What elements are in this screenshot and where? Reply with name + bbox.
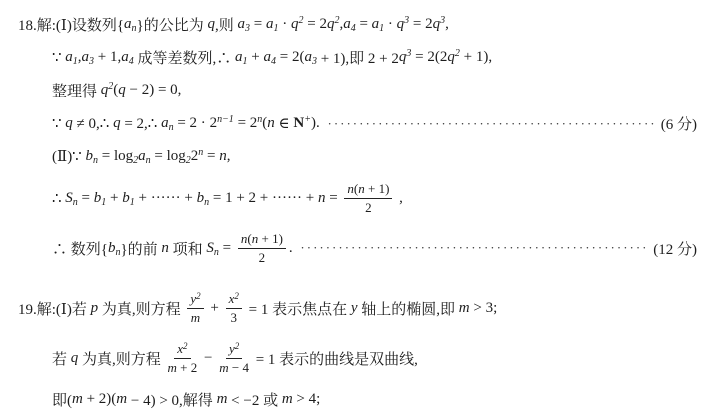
variable-glyph: a [65,49,73,65]
solution-line: (Ⅱ)∵ bn = log2an = log22n = n, [52,140,697,173]
math-variable: m [217,391,228,408]
superscript: 2 [234,291,239,301]
text-glyph: }的前 [120,242,161,258]
text-run: + 1),即 2 + 2 [317,47,399,68]
math-variable: n [267,115,275,132]
variable-glyph: n [161,240,169,256]
text-glyph: log [167,148,186,164]
text-run: + 2)( [83,391,116,408]
text-glyph: 18.解:(Ⅰ)设数列{ [18,18,124,34]
text-run: = [151,148,167,165]
problem-19-solution: 19.解:(Ⅰ)若 p 为真,则方程 y2m + x23 = 1 表示焦点在 y… [18,283,697,416]
subscript: n [115,247,120,258]
text-run: = [234,115,250,132]
subscript: 4 [271,56,276,67]
text-glyph: 整理得 [52,84,101,100]
text-glyph: = 1 表示的曲线是双曲线, [252,352,418,368]
fraction-denominator: 2 [259,249,266,266]
variable-glyph: q [447,49,455,65]
fraction: n(n + 1)2 [238,231,286,265]
text-glyph: N [293,115,304,131]
text-glyph: , [445,16,449,32]
superscript: 2 [334,15,339,26]
text-glyph: = 2( [276,49,304,65]
text-glyph: + [106,190,122,206]
text-run: < −2 或 [227,389,281,410]
text-run: = 2 · [174,115,210,132]
math-variable: bn [108,240,121,257]
variable-glyph: q [71,350,79,366]
fraction-numerator: x2 [226,291,242,309]
math-variable: m [72,391,83,408]
text-glyph: 2 [210,115,218,131]
text-glyph: + 2)( [83,391,116,407]
math-variable: q2 [291,16,304,33]
line-content: ∵ q ≠ 0,∴ q = 2,∴ an = 2 · 2n−1 = 2n(n ∈… [52,114,323,133]
solution-line: 18.解:(Ⅰ)设数列{an}的公比为 q,则 a3 = a1 · q2 = 2… [18,8,697,41]
subscript: n [169,122,174,133]
variable-glyph: y [229,341,235,356]
text-run: }的公比为 [137,14,208,35]
text-glyph: . [289,240,297,256]
text-run: = 1 表示焦点在 [245,298,351,319]
text-run: 成等差数列,∴ [134,47,235,68]
math-variable: bn [85,148,98,165]
text-glyph: = 2 · [174,115,210,131]
fraction: x2m + 2 [168,341,198,375]
fraction-denominator: m [191,309,200,326]
text-glyph: 3 [231,310,238,325]
math-variable: q [118,82,126,99]
text-run: , [395,190,403,207]
text-glyph: 2 [365,200,372,215]
text-run: ∈ [275,114,294,133]
text-glyph: + ······ + [135,190,197,206]
problem-18-solution: 18.解:(Ⅰ)设数列{an}的公比为 q,则 a3 = a1 · q2 = 2… [18,8,697,273]
text-run: (12 分) [653,238,697,259]
variable-glyph: a [121,49,129,65]
variable-glyph: a [124,16,132,32]
text-run: > 4; [293,391,321,408]
text-run: 2n [191,148,204,165]
text-glyph: + 1), [460,49,492,65]
text-glyph: = [151,148,167,164]
variable-glyph: m [219,360,228,375]
text-glyph: = 1 + 2 + ······ + [209,190,318,206]
math-variable: n [219,148,227,165]
text-glyph: − 4) > 0,解得 [127,393,216,409]
math-variable: x2 [229,291,239,307]
text-glyph: 轴上的椭圆,即 [358,302,459,318]
text-run: ∵ [52,114,65,133]
text-run: log2 [114,148,138,165]
text-glyph: + 1, [94,49,121,65]
text-run: ,则 [215,14,238,35]
text-run: = 2 [303,16,326,33]
math-variable: p [91,300,99,317]
math-variable: x2 [177,341,187,357]
fraction-denominator: m − 4 [219,359,249,376]
text-glyph: log [114,148,133,164]
variable-glyph: a [343,16,351,32]
text-glyph: = [234,115,250,131]
math-variable: an [161,115,174,132]
variable-glyph: y [351,300,358,316]
text-run: = 1 表示的曲线是双曲线, [252,348,418,369]
subscript: 1 [379,23,384,34]
fraction-numerator: n(n + 1) [238,231,286,249]
superscript: 2 [298,15,303,26]
text-run: 为真,则方程 [98,298,184,319]
text-run: = [250,16,266,33]
math-variable: q3 [397,16,410,33]
text-run: > 3; [470,300,498,317]
text-run: = [356,16,372,33]
text-run: ∴ [52,189,65,208]
superscript: n [198,147,203,158]
variable-glyph: S [65,190,73,206]
text-glyph: ). [311,115,324,131]
math-variable: Sn [206,240,219,257]
text-glyph: , [227,148,231,164]
variable-glyph: S [206,240,214,256]
subscript: n [73,197,78,208]
solution-line: 若 q 为真,则方程 x2m + 2 − y2m − 4 = 1 表示的曲线是双… [52,333,697,383]
score-mark: (12 分) [653,238,697,259]
variable-glyph: m [168,360,177,375]
subscript: 3 [312,56,317,67]
text-run: 项和 [169,238,207,259]
text-glyph: = 2 [303,16,326,32]
text-run: − [200,350,216,367]
subscript: 4 [129,56,134,67]
text-glyph: = [325,190,341,206]
math-variable: n [318,190,326,207]
variable-glyph: a [82,49,90,65]
math-variable: q [65,115,73,132]
text-run: 2n−1 [210,115,234,132]
text-run: 18.解:(Ⅰ)设数列{ [18,14,124,35]
text-run: . [289,240,297,257]
text-run: · [278,16,291,33]
text-glyph: }的公比为 [137,18,208,34]
text-run: = [78,190,94,207]
variable-glyph: q [65,115,73,131]
math-variable: b1 [122,190,135,207]
subscript: n [93,155,98,166]
subscript: n [214,247,219,258]
math-variable: a1 [372,16,385,33]
text-run: , [445,16,449,33]
variable-glyph: m [282,391,293,407]
variable-glyph: m [191,310,200,325]
text-run: ∴ 数列{ [52,238,108,259]
text-glyph: = 1 表示焦点在 [245,302,351,318]
text-glyph: = 2,∴ [121,116,162,132]
subscript: 1 [130,197,135,208]
text-run: 3 [231,310,238,326]
text-run: (Ⅱ)∵ [52,147,85,166]
text-run: 为真,则方程 [78,348,164,369]
text-glyph: + 1) [258,231,283,246]
variable-glyph: n [267,115,275,131]
math-variable: q [71,350,79,367]
math-variable: b1 [94,190,107,207]
superscript: n [257,114,262,125]
text-run: , [227,148,231,165]
subscript: n [146,155,151,166]
subscript: 1 [101,197,106,208]
text-glyph: ∵ [52,116,65,132]
math-variable: q2 [327,16,340,33]
superscript: + [304,114,311,125]
math-variable: m [191,310,200,326]
text-run: + [248,49,264,66]
math-variable: q [113,115,121,132]
solution-line: ∴ 数列{bn}的前 n 项和 Sn = n(n + 1)2. ········… [52,223,697,273]
variable-glyph: a [304,49,312,65]
text-glyph: = [203,148,219,164]
text-run: + 2 [177,360,197,376]
math-variable: a3 [238,16,251,33]
text-glyph: = [250,16,266,32]
text-glyph: (12 分) [653,242,697,258]
subscript: 2 [186,155,191,166]
text-glyph: > 3; [470,300,498,316]
text-glyph: < −2 或 [227,393,281,409]
text-run: − 4 [229,360,249,376]
text-run: = 2,∴ [121,114,162,133]
text-glyph: ∵ [52,50,65,66]
dotted-leader: ········································… [327,116,654,132]
text-glyph: − [200,350,216,366]
text-run: 2n [250,115,263,132]
text-glyph: 即( [52,393,72,409]
fraction-numerator: y2 [187,291,203,309]
text-glyph: = 2 [409,16,432,32]
variable-glyph: b [122,190,130,206]
superscript: 2 [196,291,201,301]
math-variable: n [161,240,169,257]
superscript: 3 [404,15,409,26]
text-run: = [219,240,235,257]
variable-glyph: b [85,148,93,164]
text-glyph: = [78,190,94,206]
math-variable: a3 [82,49,95,66]
text-glyph: = [356,16,372,32]
text-glyph: , [395,190,403,206]
solution-line: ∴ Sn = b1 + b1 + ······ + bn = 1 + 2 + ·… [52,173,697,223]
superscript: 2 [235,341,240,351]
math-variable: a3 [304,49,317,66]
text-run: + [106,190,122,207]
text-glyph: = [219,240,235,256]
text-run: + ······ + [135,190,197,207]
math-variable: q [208,16,216,33]
text-glyph: ,则 [215,18,238,34]
variable-glyph: q [118,82,126,98]
math-variable: y [351,300,358,317]
math-variable: a4 [264,49,277,66]
text-glyph: + [248,49,264,65]
fraction-denominator: m + 2 [168,359,198,376]
text-glyph: + 1),即 2 + 2 [317,51,399,67]
superscript: 2 [455,48,460,59]
text-glyph: 19.解:(Ⅰ)若 [18,302,91,318]
variable-glyph: m [116,391,127,407]
variable-glyph: q [208,16,216,32]
variable-glyph: n [318,190,326,206]
subscript: 2 [133,155,138,166]
text-run: = [325,190,341,207]
text-glyph: ≠ 0,∴ [73,116,113,132]
text-run: = 1 + 2 + ······ + [209,190,318,207]
variable-glyph: m [217,391,228,407]
text-glyph: 2 [259,250,266,265]
variable-glyph: a [264,49,272,65]
fraction-numerator: y2 [226,341,242,359]
text-run: = [98,148,114,165]
text-run: 19.解:(Ⅰ)若 [18,298,91,319]
text-run: N+ [293,115,311,132]
text-glyph: + [207,300,223,316]
text-run: }的前 [120,238,161,259]
math-variable: m [168,360,177,376]
text-run: + [207,300,223,317]
text-run: log2 [167,148,191,165]
math-variable: a4 [121,49,134,66]
text-glyph: − 2) = 0, [126,82,182,98]
text-run: + 1) [365,181,390,197]
subscript: 3 [89,56,94,67]
line-content: ∴ 数列{bn}的前 n 项和 Sn = n(n + 1)2. [52,231,296,265]
variable-glyph: b [197,190,205,206]
superscript: 2 [183,341,188,351]
text-glyph: + 1) [365,181,390,196]
text-glyph: = 2(2 [411,49,447,65]
text-glyph: · [278,16,291,32]
superscript: 2 [108,81,113,92]
math-variable: q3 [399,49,412,66]
text-run: · [384,16,397,33]
variable-glyph: a [238,16,246,32]
math-variable: q3 [433,16,446,33]
variable-glyph: q [113,115,121,131]
variable-glyph: a [235,49,243,65]
subscript: n [204,197,209,208]
math-variable: a1 [65,49,78,66]
text-glyph: (6 分) [661,117,697,133]
text-run: ≠ 0,∴ [73,114,113,133]
fraction: x23 [226,291,242,325]
math-variable: m [116,391,127,408]
subscript: 1 [273,23,278,34]
math-variable: y2 [229,341,239,357]
text-glyph: 若 [52,352,71,368]
text-run: (6 分) [661,113,697,134]
math-variable: m [459,300,470,317]
variable-glyph: a [138,148,146,164]
text-run: 整理得 [52,80,101,101]
score-mark: (6 分) [661,113,697,134]
math-variable: a4 [343,16,356,33]
variable-glyph: p [91,300,99,316]
text-run: − 4) > 0,解得 [127,389,216,410]
text-run: + 1) [258,231,283,247]
text-run: ∵ [52,48,65,67]
subscript: 1 [243,56,248,67]
text-glyph: · [384,16,397,32]
solution-line: 即(m + 2)(m − 4) > 0,解得 m < −2 或 m > 4; [52,383,697,416]
text-glyph: − 4 [229,360,249,375]
text-run: = 2 [409,16,432,33]
solution-line: 整理得 q2(q − 2) = 0, [52,74,697,107]
fraction-denominator: 3 [231,309,238,326]
math-variable: m [282,391,293,408]
text-glyph: 为真,则方程 [98,302,184,318]
text-run: − 2) = 0, [126,82,182,99]
dotted-leader: ········································… [300,240,647,256]
text-glyph: + 2 [177,360,197,375]
text-glyph: > 4; [293,391,321,407]
subscript: 1 [73,56,78,67]
subscript: 3 [245,23,250,34]
text-glyph: ∴ 数列{ [52,242,108,258]
math-variable: an [124,16,137,33]
fraction: y2m − 4 [219,341,249,375]
fraction-numerator: n(n + 1) [344,181,392,199]
text-run: 轴上的椭圆,即 [358,298,459,319]
fraction-numerator: x2 [174,341,190,359]
document-page: 18.解:(Ⅰ)设数列{an}的公比为 q,则 a3 = a1 · q2 = 2… [0,0,711,417]
fraction: n(n + 1)2 [344,181,392,215]
fraction-denominator: 2 [365,199,372,216]
math-variable: a1 [235,49,248,66]
math-variable: Sn [65,190,78,207]
text-run: ). [311,115,324,132]
text-run: = [203,148,219,165]
solution-line: 19.解:(Ⅰ)若 p 为真,则方程 y2m + x23 = 1 表示焦点在 y… [18,283,697,333]
text-glyph: ∴ [52,191,65,207]
text-glyph: (Ⅱ)∵ [52,149,85,165]
text-run: = 2(2 [411,49,447,66]
solution-line: ∵ q ≠ 0,∴ q = 2,∴ an = 2 · 2n−1 = 2n(n ∈… [52,107,697,140]
subscript: n [132,23,137,34]
variable-glyph: a [161,115,169,131]
math-variable: y2 [190,291,200,307]
solution-line: ∵ a1,a3 + 1,a4 成等差数列,∴ a1 + a4 = 2(a3 + … [52,41,697,74]
text-glyph: = [98,148,114,164]
math-variable: q2 [447,49,460,66]
fraction: y2m [187,291,203,325]
subscript: 4 [351,23,356,34]
math-variable: m [219,360,228,376]
text-run: + 1), [460,49,492,66]
text-run: + 1, [94,49,121,66]
math-variable: bn [197,190,210,207]
math-variable: an [138,148,151,165]
text-run: 若 [52,348,71,369]
text-glyph: 为真,则方程 [78,352,164,368]
math-variable: q2 [101,82,114,99]
text-run: 即( [52,389,72,410]
text-run: 2 [365,200,372,216]
variable-glyph: m [72,391,83,407]
superscript: n−1 [217,114,234,125]
text-glyph: 项和 [169,242,207,258]
text-glyph: ∈ [275,116,294,132]
text-glyph: 成等差数列,∴ [134,51,235,67]
